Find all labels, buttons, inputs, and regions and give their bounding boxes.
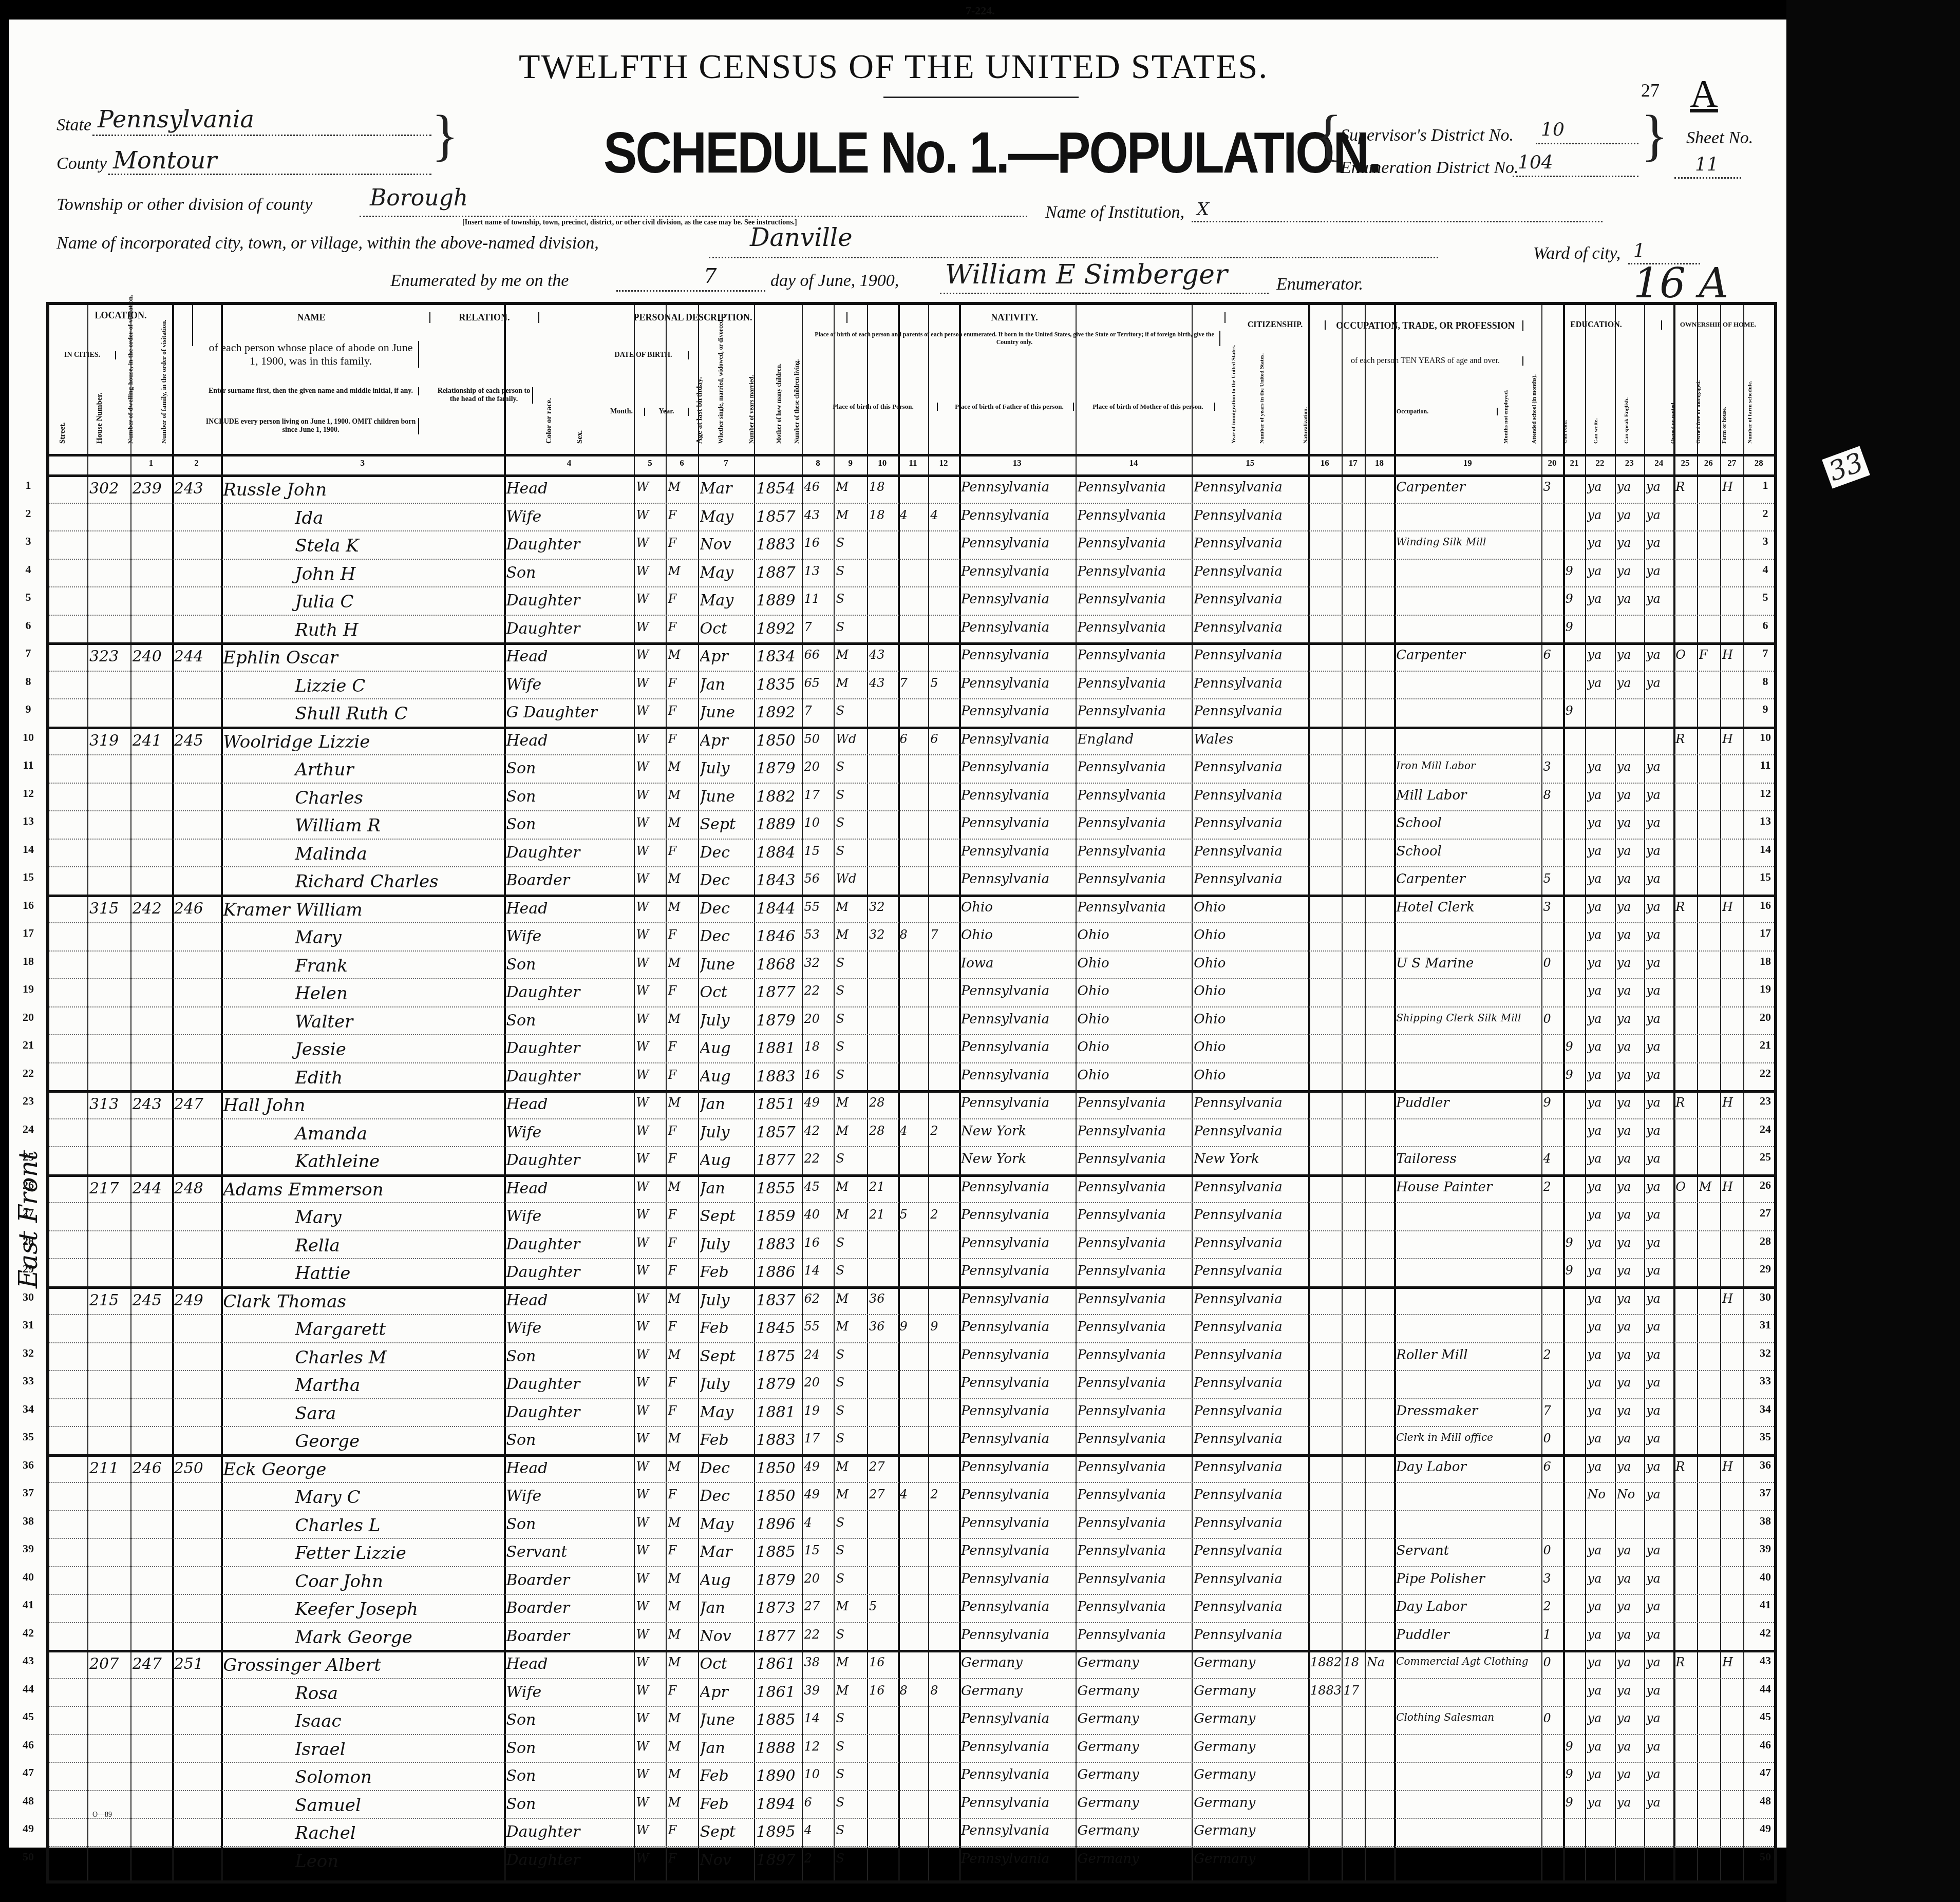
cell-english: ya: [1646, 1068, 1672, 1082]
cell-relation: G Daughter: [506, 703, 633, 721]
cell-occupation: House Painter: [1396, 1180, 1540, 1195]
cell-year: 1881: [756, 1039, 801, 1057]
cell-color: W: [636, 1291, 665, 1306]
column-number: 11: [898, 458, 929, 468]
cell-write: ya: [1617, 1039, 1643, 1054]
cell-pob-mother: Germany: [1194, 1767, 1307, 1782]
cell-year: 1897: [756, 1851, 801, 1869]
cell-english: ya: [1646, 1711, 1672, 1725]
cell-marital: S: [836, 1012, 865, 1026]
cell-color: W: [636, 1319, 665, 1334]
row-divider: [49, 866, 1774, 867]
cell-pob-mother: Germany: [1194, 1851, 1307, 1867]
cell-relation: Daughter: [506, 1235, 633, 1253]
township-value: Borough: [370, 185, 468, 211]
cell-month: Dec: [700, 871, 753, 889]
cell-yrs-married: 36: [869, 1291, 897, 1306]
family-divider: [49, 1090, 1774, 1093]
cell-school: 9: [1565, 1263, 1584, 1278]
row-divider: [49, 1342, 1774, 1343]
column-number: 3: [221, 458, 504, 468]
cell-color: W: [636, 1207, 665, 1222]
column-number: 24: [1644, 458, 1673, 468]
cell-yrs-married: 18: [869, 508, 897, 522]
cell-relation: Daughter: [506, 1263, 633, 1281]
row-divider: [49, 1230, 1774, 1231]
cell-pob-father: Pennsylvania: [1078, 844, 1191, 859]
row-divider: [49, 1706, 1774, 1707]
vheader-children-living: Number of these children living.: [793, 336, 801, 444]
cell-english: ya: [1646, 1655, 1672, 1669]
cell-read: ya: [1587, 648, 1613, 662]
cell-pob-father: Ohio: [1078, 1012, 1191, 1027]
cell-relation: Daughter: [506, 1403, 633, 1421]
cell-pob: Pennsylvania: [961, 1068, 1075, 1083]
column-divider: [172, 305, 174, 1880]
cell-color: W: [636, 1851, 665, 1866]
column-number: 9: [834, 458, 866, 468]
cell-school: 9: [1565, 1039, 1584, 1054]
line-number-left: 17: [15, 926, 41, 940]
cell-dwelling: 246: [133, 1459, 171, 1477]
cell-english: ya: [1646, 1795, 1672, 1810]
line-number-right: 34: [1752, 1402, 1778, 1416]
cell-pob: Pennsylvania: [961, 648, 1075, 663]
cell-year: 1884: [756, 844, 801, 862]
line-number-right: 46: [1752, 1738, 1778, 1752]
cell-age: 56: [804, 871, 833, 886]
cell-english: ya: [1646, 1543, 1672, 1557]
cell-house: 319: [89, 732, 129, 750]
state-label: State: [56, 116, 91, 135]
cell-living: 2: [930, 1207, 958, 1222]
cell-month: July: [700, 1235, 753, 1253]
row-divider: [49, 1594, 1774, 1595]
cell-school: 9: [1565, 703, 1584, 718]
cell-pob-mother: Ohio: [1194, 983, 1307, 999]
cell-pob-mother: Pennsylvania: [1194, 676, 1307, 691]
cell-sex: F: [668, 1403, 696, 1418]
cell-living: 5: [930, 676, 958, 690]
cell-relation: Son: [506, 788, 633, 806]
cell-family: 251: [174, 1655, 220, 1673]
cell-pob-father: Pennsylvania: [1078, 1599, 1191, 1614]
line-number-left: 36: [15, 1458, 41, 1472]
cell-month: Dec: [700, 1487, 753, 1505]
cell-marital: S: [836, 703, 865, 718]
cell-pob-father: Germany: [1078, 1655, 1191, 1670]
cell-marital: S: [836, 1767, 865, 1781]
cell-year: 1879: [756, 1571, 801, 1589]
cell-sex: M: [668, 1012, 696, 1026]
cell-year: 1895: [756, 1823, 801, 1841]
cell-family: 245: [174, 732, 220, 750]
cell-marital: S: [836, 536, 865, 550]
cell-pob: Pennsylvania: [961, 1263, 1075, 1279]
column-divider: [1308, 305, 1310, 1880]
cell-english: ya: [1646, 1403, 1672, 1418]
cell-english: ya: [1646, 676, 1672, 690]
line-number-left: 12: [15, 787, 41, 800]
cell-age: 12: [804, 1739, 833, 1754]
line-number-right: 36: [1752, 1458, 1778, 1472]
row-divider: [49, 1762, 1774, 1763]
line-number-left: 34: [15, 1402, 41, 1416]
line-number-right: 41: [1752, 1598, 1778, 1611]
cell-write: ya: [1617, 815, 1643, 830]
cell-pob: Pennsylvania: [961, 1823, 1075, 1838]
cell-write: ya: [1617, 1571, 1643, 1586]
line-number-right: 39: [1752, 1542, 1778, 1555]
brace-left: }: [1315, 103, 1342, 168]
cell-mother-of: 8: [900, 1683, 928, 1698]
cell-school: 9: [1565, 1795, 1584, 1810]
cell-write: ya: [1617, 1124, 1643, 1138]
cell-relation: Head: [506, 732, 633, 750]
cell-pob-father: Germany: [1078, 1711, 1191, 1726]
city-line: [709, 257, 1438, 258]
cell-pob: Pennsylvania: [961, 1767, 1075, 1782]
sheet-value: 11: [1695, 154, 1719, 175]
column-number: 2: [172, 458, 221, 468]
cell-read: ya: [1587, 1683, 1613, 1698]
line-number-right: 14: [1752, 843, 1778, 856]
cell-sex: M: [668, 1431, 696, 1445]
cell-farm: H: [1722, 1095, 1742, 1110]
cell-read: ya: [1587, 1739, 1613, 1754]
line-number-left: 29: [15, 1262, 41, 1276]
cell-marital: S: [836, 1151, 865, 1166]
cell-pob: Pennsylvania: [961, 1403, 1075, 1419]
cell-color: W: [636, 1627, 665, 1642]
line-number-right: 29: [1752, 1262, 1778, 1276]
cell-month: Aug: [700, 1039, 753, 1057]
cell-read: ya: [1587, 536, 1613, 550]
institution-value: X: [1197, 199, 1209, 220]
cell-marital: S: [836, 1347, 865, 1362]
cell-read: ya: [1587, 1795, 1613, 1810]
cell-color: W: [636, 788, 665, 802]
cell-age: 6: [804, 1795, 833, 1810]
cell-read: ya: [1587, 759, 1613, 774]
line-number-left: 8: [15, 675, 41, 688]
cell-month: July: [700, 1124, 753, 1142]
row-divider: [49, 1118, 1774, 1119]
cell-pob: Pennsylvania: [961, 1319, 1075, 1335]
cell-color: W: [636, 1711, 665, 1725]
stamp-mark: 16 A: [1633, 259, 1728, 307]
cell-marital: M: [836, 1683, 865, 1698]
cell-age: 27: [804, 1599, 833, 1613]
cell-pob: Pennsylvania: [961, 815, 1075, 831]
cell-month: Feb: [700, 1263, 753, 1281]
cell-mother-of: 7: [900, 676, 928, 690]
cell-marital: M: [836, 1487, 865, 1501]
cell-pob-father: Pennsylvania: [1078, 1291, 1191, 1307]
cell-year: 1879: [756, 1375, 801, 1393]
cell-pob-mother: Pennsylvania: [1194, 620, 1307, 635]
line-number-left: 26: [15, 1178, 41, 1192]
cell-farm: H: [1722, 1655, 1742, 1669]
cell-family: 250: [174, 1459, 220, 1477]
cell-dwelling: 241: [133, 732, 171, 750]
line-number-right: 24: [1752, 1123, 1778, 1136]
cell-age: 4: [804, 1515, 833, 1530]
cell-yrs-married: 16: [869, 1683, 897, 1698]
line-number-left: 4: [15, 563, 41, 576]
cell-color: W: [636, 1599, 665, 1613]
cell-english: ya: [1646, 1012, 1672, 1026]
cell-pob: Pennsylvania: [961, 788, 1075, 803]
cell-read: ya: [1587, 1180, 1613, 1194]
cell-year: 1854: [756, 480, 801, 498]
cell-write: ya: [1617, 648, 1643, 662]
cell-age: 19: [804, 1403, 833, 1418]
cell-read: ya: [1587, 1655, 1613, 1669]
cell-occupation: Commercial Agt Clothing: [1396, 1655, 1540, 1667]
cell-color: W: [636, 1683, 665, 1698]
cell-school: 9: [1565, 1767, 1584, 1781]
row-divider: [49, 698, 1774, 699]
vheader-can-write: Can write.: [1593, 397, 1599, 444]
cell-name: Kramer William: [223, 900, 503, 920]
cell-dwelling: 245: [133, 1291, 171, 1309]
line-number-right: 12: [1752, 787, 1778, 800]
cell-yrs-married: 43: [869, 648, 897, 662]
cell-marital: S: [836, 844, 865, 858]
cell-color: W: [636, 1739, 665, 1754]
cell-english: ya: [1646, 983, 1672, 998]
cell-sex: F: [668, 732, 696, 746]
cell-english: ya: [1646, 1347, 1672, 1362]
ed-label: Enumeration District No.: [1341, 158, 1519, 178]
cell-year: 1877: [756, 1151, 801, 1169]
column-divider: [1192, 305, 1193, 1880]
cell-pob-father: Pennsylvania: [1078, 1543, 1191, 1558]
cell-month: Nov: [700, 536, 753, 554]
column-divider: [1697, 305, 1698, 1880]
cell-month: May: [700, 1515, 753, 1533]
cell-mother-of: 5: [900, 1207, 928, 1222]
row-divider: [49, 783, 1774, 784]
cell-unemployed: 9: [1543, 1095, 1562, 1110]
cell-pob: Pennsylvania: [961, 983, 1075, 999]
header-in-cities: IN CITIES.: [49, 351, 116, 359]
header-month: Month.: [599, 408, 645, 416]
cell-sex: M: [668, 1347, 696, 1362]
row-divider: [49, 1370, 1774, 1371]
line-number-right: 15: [1752, 870, 1778, 884]
cell-pob-mother: Pennsylvania: [1194, 1263, 1307, 1279]
cell-unemployed: 3: [1543, 1571, 1562, 1586]
cell-month: June: [700, 956, 753, 974]
cell-immig: 1882: [1310, 1655, 1340, 1669]
cell-english: ya: [1646, 1431, 1672, 1445]
cell-marital: S: [836, 564, 865, 578]
cell-month: July: [700, 1291, 753, 1309]
cell-pob-father: Germany: [1078, 1851, 1191, 1867]
cell-name: Clark Thomas: [223, 1291, 503, 1312]
cell-english: ya: [1646, 788, 1672, 802]
cell-month: July: [700, 759, 753, 777]
cell-color: W: [636, 1151, 665, 1166]
cell-mother-of: 6: [900, 732, 928, 746]
cell-write: ya: [1617, 1180, 1643, 1194]
cell-year: 1846: [756, 927, 801, 945]
column-divider: [1585, 305, 1586, 1880]
line-number-right: 21: [1752, 1038, 1778, 1052]
line-number-right: 22: [1752, 1067, 1778, 1080]
row-divider: [49, 1202, 1774, 1203]
sheet-line: [1674, 177, 1741, 179]
cell-relation: Daughter: [506, 1375, 633, 1393]
cell-month: Nov: [700, 1627, 753, 1645]
line-number-right: 5: [1752, 591, 1778, 604]
cell-relation: Head: [506, 1180, 633, 1197]
cell-pob: Germany: [961, 1683, 1075, 1699]
cell-month: June: [700, 1711, 753, 1729]
header-occupation-sub: Occupation.: [1328, 408, 1498, 415]
cell-color: W: [636, 508, 665, 522]
cell-read: ya: [1587, 1403, 1613, 1418]
cell-month: Jan: [700, 1599, 753, 1617]
cell-occupation: Shipping Clerk Silk Mill: [1396, 1012, 1540, 1024]
cell-occupation: Pipe Polisher: [1396, 1571, 1540, 1587]
row-divider: [49, 1846, 1774, 1847]
cell-month: Oct: [700, 620, 753, 638]
cell-english: ya: [1646, 508, 1672, 522]
cell-year: 1857: [756, 1124, 801, 1142]
vheader-months-unemployed: Months not employed.: [1503, 387, 1509, 444]
cell-pob-father: Pennsylvania: [1078, 676, 1191, 691]
cell-dwelling: 239: [133, 480, 171, 498]
cell-relation: Head: [506, 1459, 633, 1477]
line-number-right: 9: [1752, 702, 1778, 716]
cell-pob-father: Germany: [1078, 1767, 1191, 1782]
cell-pob-mother: Pennsylvania: [1194, 1347, 1307, 1363]
cell-marital: M: [836, 1124, 865, 1138]
cell-marital: M: [836, 480, 865, 494]
cell-write: ya: [1617, 592, 1643, 606]
cell-pob-mother: Pennsylvania: [1194, 648, 1307, 663]
line-number-left: 19: [15, 982, 41, 996]
row-divider: [49, 1790, 1774, 1791]
cell-age: 17: [804, 1431, 833, 1445]
line-number-left: 30: [15, 1290, 41, 1304]
line-number-left: 46: [15, 1738, 41, 1752]
line-number-right: 50: [1752, 1850, 1778, 1863]
cell-read: ya: [1587, 1068, 1613, 1082]
cell-pob: Pennsylvania: [961, 759, 1075, 775]
cell-year: 1896: [756, 1515, 801, 1533]
institution-label: Name of Institution,: [1045, 203, 1184, 222]
line-number-left: 48: [15, 1794, 41, 1808]
column-divider: [634, 305, 635, 1880]
row-divider: [49, 1538, 1774, 1539]
line-number-right: 23: [1752, 1094, 1778, 1108]
cell-pob-mother: Pennsylvania: [1194, 1095, 1307, 1111]
cell-pob: Pennsylvania: [961, 1627, 1075, 1643]
ward-value: 1: [1633, 240, 1645, 261]
cell-occupation: Roller Mill: [1396, 1347, 1540, 1363]
cell-write: ya: [1617, 536, 1643, 550]
cell-pob: Pennsylvania: [961, 536, 1075, 551]
cell-age: 45: [804, 1180, 833, 1194]
cell-english: ya: [1646, 1459, 1672, 1474]
cell-sex: F: [668, 508, 696, 522]
cell-pob-father: Pennsylvania: [1078, 815, 1191, 831]
cell-school: 9: [1565, 564, 1584, 578]
census-title: TWELFTH CENSUS OF THE UNITED STATES.: [519, 46, 1268, 87]
cell-read: ya: [1587, 1291, 1613, 1306]
cell-sex: F: [668, 703, 696, 718]
line-number-left: 22: [15, 1067, 41, 1080]
cell-color: W: [636, 620, 665, 634]
cell-yrs-us: 18: [1344, 1655, 1364, 1669]
cell-relation: Daughter: [506, 536, 633, 554]
cell-occupation: Winding Silk Mill: [1396, 536, 1540, 548]
line-number-right: 28: [1752, 1234, 1778, 1248]
cell-yrs-married: 21: [869, 1180, 897, 1194]
cell-yrs-married: 32: [869, 927, 897, 942]
cell-owned: R: [1675, 1095, 1695, 1110]
cell-marital: S: [836, 815, 865, 830]
supervisor-value: 10: [1541, 119, 1565, 140]
cell-color: W: [636, 676, 665, 690]
cell-age: 65: [804, 676, 833, 690]
cell-pob-father: Pennsylvania: [1078, 788, 1191, 803]
column-divider: [1365, 305, 1366, 1880]
cell-relation: Head: [506, 900, 633, 918]
row-divider: [49, 810, 1774, 811]
cell-pob-father: Pennsylvania: [1078, 1459, 1191, 1475]
cell-read: ya: [1587, 1263, 1613, 1278]
cell-color: W: [636, 1459, 665, 1474]
cell-color: W: [636, 1068, 665, 1082]
line-number-left: 33: [15, 1374, 41, 1387]
cell-month: May: [700, 508, 753, 526]
cell-color: W: [636, 1515, 665, 1530]
cell-sex: F: [668, 1263, 696, 1278]
cell-color: W: [636, 480, 665, 494]
cell-sex: M: [668, 1515, 696, 1530]
cell-marital: S: [836, 1823, 865, 1837]
cell-sex: M: [668, 1459, 696, 1474]
cell-write: ya: [1617, 1012, 1643, 1026]
cell-marital: S: [836, 1375, 865, 1390]
line-number-left: 38: [15, 1514, 41, 1528]
cell-yrs-married: 16: [869, 1655, 897, 1669]
cell-marital: S: [836, 788, 865, 802]
cell-year: 1894: [756, 1795, 801, 1813]
line-number-right: 35: [1752, 1430, 1778, 1443]
cell-color: W: [636, 648, 665, 662]
cell-color: W: [636, 1095, 665, 1110]
cell-marital: M: [836, 1207, 865, 1222]
cell-pob-mother: Pennsylvania: [1194, 1291, 1307, 1307]
cell-year: 1885: [756, 1543, 801, 1561]
line-number-right: 43: [1752, 1654, 1778, 1667]
vheader-attended-school: Attended school (in months).: [1531, 346, 1537, 444]
cell-english: ya: [1646, 1124, 1672, 1138]
cell-english: ya: [1646, 900, 1672, 914]
cell-age: 18: [804, 1039, 833, 1054]
cell-relation: Wife: [506, 1207, 633, 1225]
cell-pob: Pennsylvania: [961, 703, 1075, 719]
cell-pob: Ohio: [961, 900, 1075, 915]
cell-age: 15: [804, 1543, 833, 1557]
line-number-left: 42: [15, 1626, 41, 1640]
